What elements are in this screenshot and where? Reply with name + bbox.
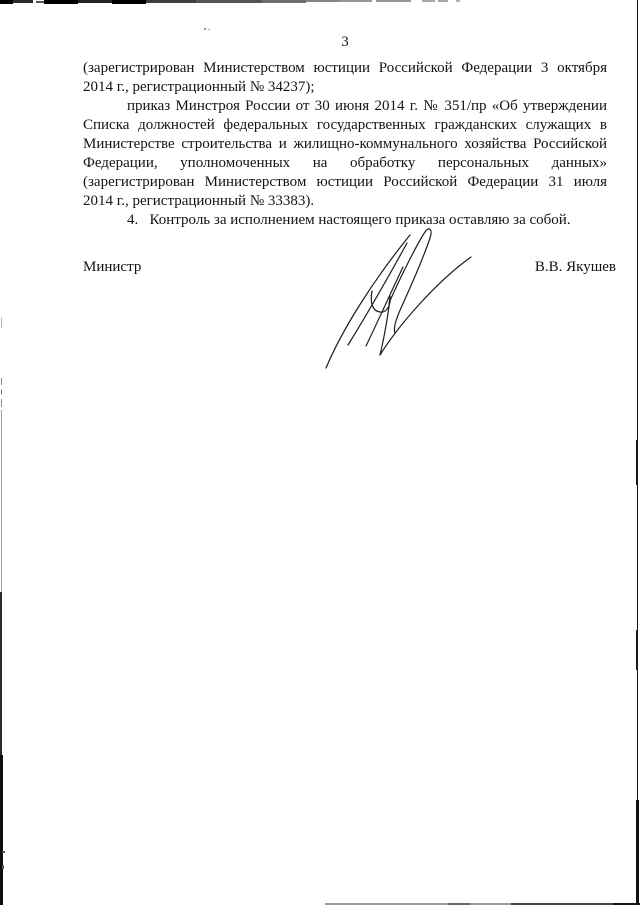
document-body: (зарегистрирован Министерством юстиции Р…	[83, 59, 607, 230]
minister-title: Министр	[83, 259, 141, 276]
page-number: 3	[83, 34, 607, 51]
text-line: Федерации, уполномоченных на обработку п…	[83, 154, 607, 173]
text-line: Министерстве строительства и жилищно-ком…	[83, 135, 607, 154]
text-line: (зарегистрирован Министерством юстиции Р…	[83, 59, 607, 78]
text-line: 2014 г., регистрационный № 34237);	[83, 78, 607, 97]
text-line: (зарегистрирован Министерством юстиции Р…	[83, 173, 607, 192]
text-line: 2014 г., регистрационный № 33383).	[83, 192, 607, 211]
scanned-document-page: 3 (зарегистрирован Министерством юстиции…	[0, 0, 640, 905]
text-line: приказ Минстроя России от 30 июня 2014 г…	[83, 97, 607, 116]
text-line: Списка должностей федеральных государств…	[83, 116, 607, 135]
minister-name: В.В. Якушев	[535, 259, 616, 276]
minister-signature	[320, 222, 480, 377]
